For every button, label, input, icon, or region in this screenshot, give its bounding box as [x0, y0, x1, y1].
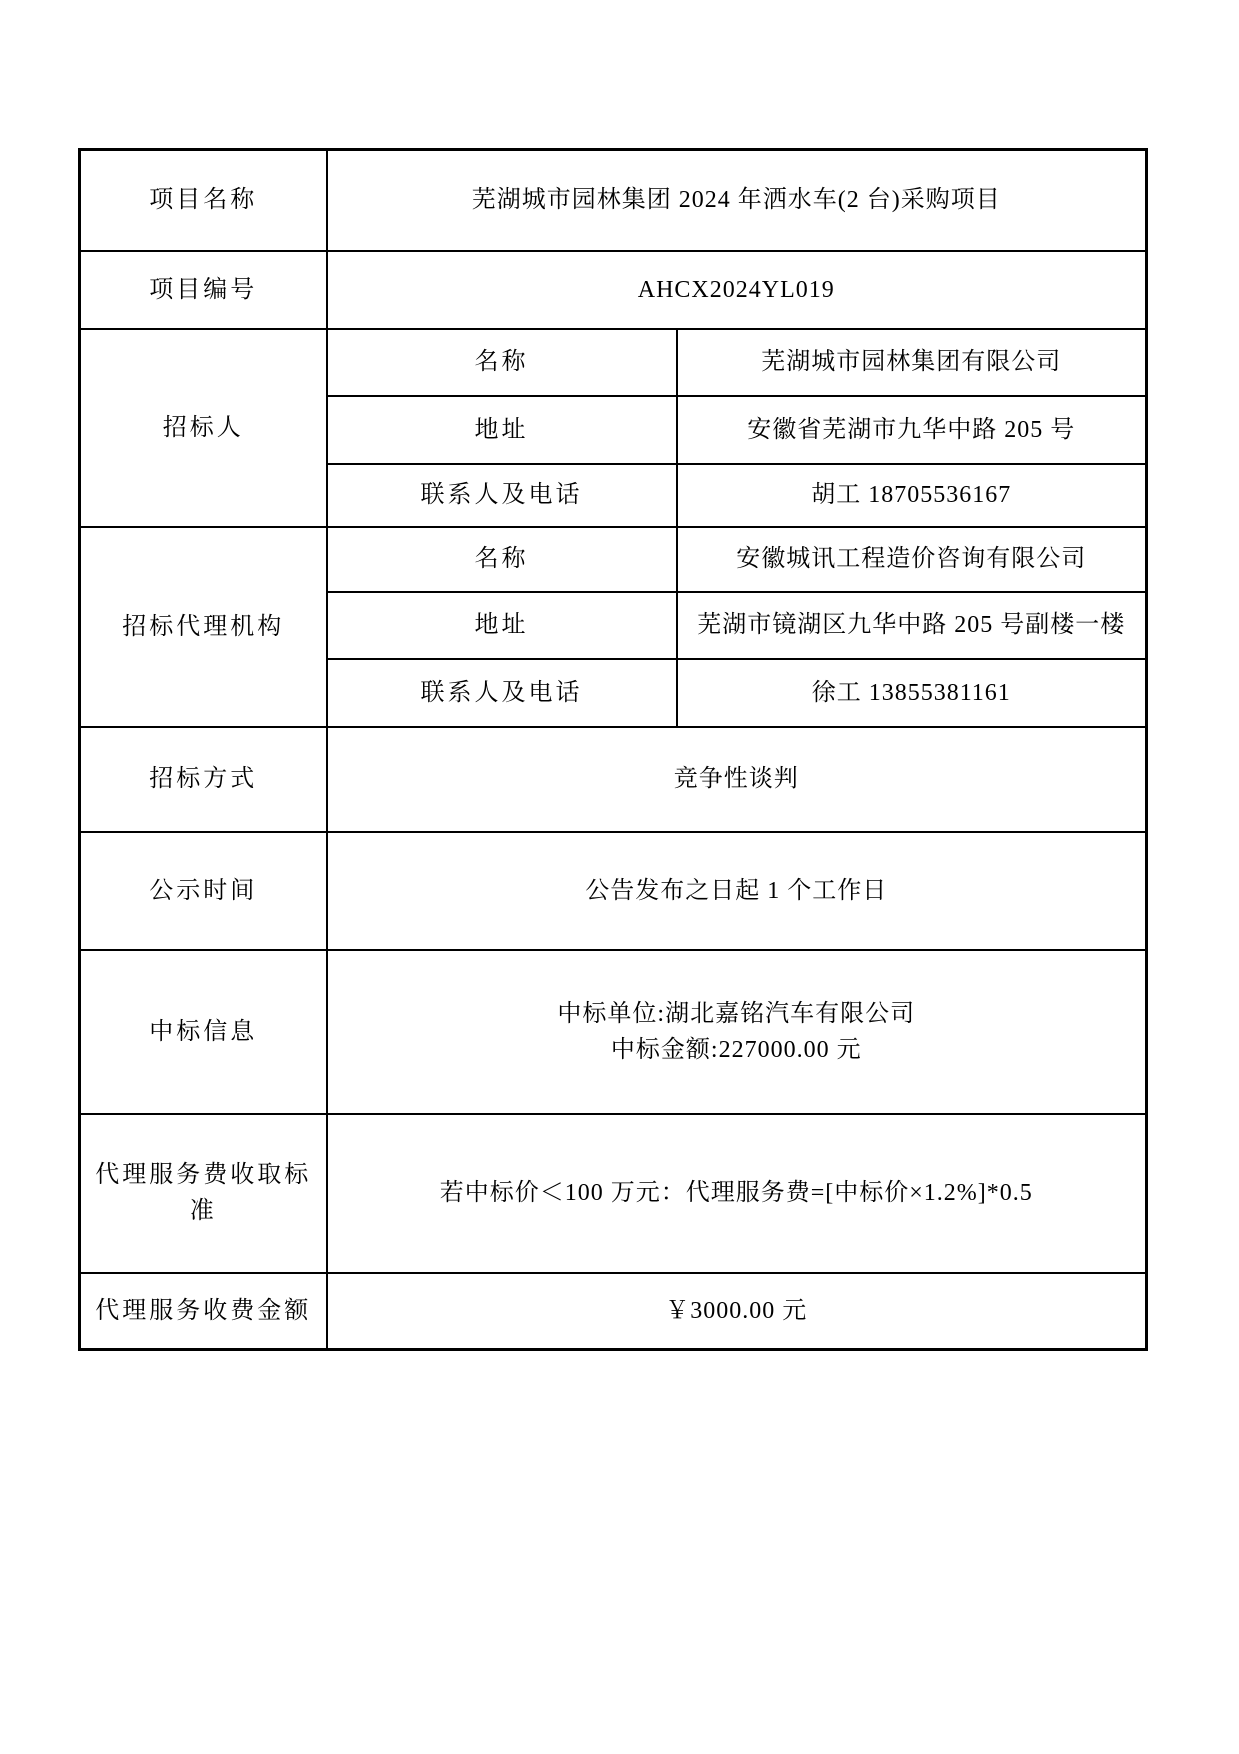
award-winner-line: 中标单位:湖北嘉铭汽车有限公司	[336, 996, 1138, 1032]
tender-method-label: 招标方式	[80, 727, 327, 832]
table-row: 代理服务收费金额 ￥3000.00 元	[80, 1273, 1147, 1350]
project-name-label: 项目名称	[80, 150, 327, 251]
agency-name-label: 名称	[327, 527, 677, 592]
project-number-value: AHCX2024YL019	[327, 251, 1147, 329]
table-row: 中标信息 中标单位:湖北嘉铭汽车有限公司 中标金额:227000.00 元	[80, 950, 1147, 1114]
table-row: 项目名称 芜湖城市园林集团 2024 年洒水车(2 台)采购项目	[80, 150, 1147, 251]
agency-fee-amount-label: 代理服务收费金额	[80, 1273, 327, 1350]
award-amount-line: 中标金额:227000.00 元	[336, 1032, 1138, 1068]
tenderer-name-value: 芜湖城市园林集团有限公司	[677, 329, 1147, 396]
table-row: 招标代理机构 名称 安徽城讯工程造价咨询有限公司	[80, 527, 1147, 592]
tenderer-address-value: 安徽省芜湖市九华中路 205 号	[677, 396, 1147, 464]
agency-fee-standard-value: 若中标价＜100 万元：代理服务费=[中标价×1.2%]*0.5	[327, 1114, 1147, 1273]
award-info-value: 中标单位:湖北嘉铭汽车有限公司 中标金额:227000.00 元	[327, 950, 1147, 1114]
agency-fee-standard-label: 代理服务费收取标准	[80, 1114, 327, 1273]
agency-name-value: 安徽城讯工程造价咨询有限公司	[677, 527, 1147, 592]
agency-label: 招标代理机构	[80, 527, 327, 727]
document-page: 项目名称 芜湖城市园林集团 2024 年洒水车(2 台)采购项目 项目编号 AH…	[0, 0, 1239, 1754]
agency-fee-amount-value: ￥3000.00 元	[327, 1273, 1147, 1350]
agency-contact-value: 徐工 13855381161	[677, 659, 1147, 727]
publicity-period-value: 公告发布之日起 1 个工作日	[327, 832, 1147, 950]
publicity-period-label: 公示时间	[80, 832, 327, 950]
project-number-label: 项目编号	[80, 251, 327, 329]
table-row: 公示时间 公告发布之日起 1 个工作日	[80, 832, 1147, 950]
agency-contact-label: 联系人及电话	[327, 659, 677, 727]
table-row: 招标方式 竞争性谈判	[80, 727, 1147, 832]
agency-address-value: 芜湖市镜湖区九华中路 205 号副楼一楼	[677, 592, 1147, 659]
project-name-value: 芜湖城市园林集团 2024 年洒水车(2 台)采购项目	[327, 150, 1147, 251]
table-row: 招标人 名称 芜湖城市园林集团有限公司	[80, 329, 1147, 396]
table-row: 代理服务费收取标准 若中标价＜100 万元：代理服务费=[中标价×1.2%]*0…	[80, 1114, 1147, 1273]
tender-method-value: 竞争性谈判	[327, 727, 1147, 832]
tenderer-address-label: 地址	[327, 396, 677, 464]
tenderer-contact-label: 联系人及电话	[327, 464, 677, 527]
procurement-summary-table: 项目名称 芜湖城市园林集团 2024 年洒水车(2 台)采购项目 项目编号 AH…	[78, 148, 1148, 1351]
tenderer-contact-value: 胡工 18705536167	[677, 464, 1147, 527]
tenderer-label: 招标人	[80, 329, 327, 527]
table-row: 项目编号 AHCX2024YL019	[80, 251, 1147, 329]
award-info-label: 中标信息	[80, 950, 327, 1114]
tenderer-name-label: 名称	[327, 329, 677, 396]
agency-address-label: 地址	[327, 592, 677, 659]
